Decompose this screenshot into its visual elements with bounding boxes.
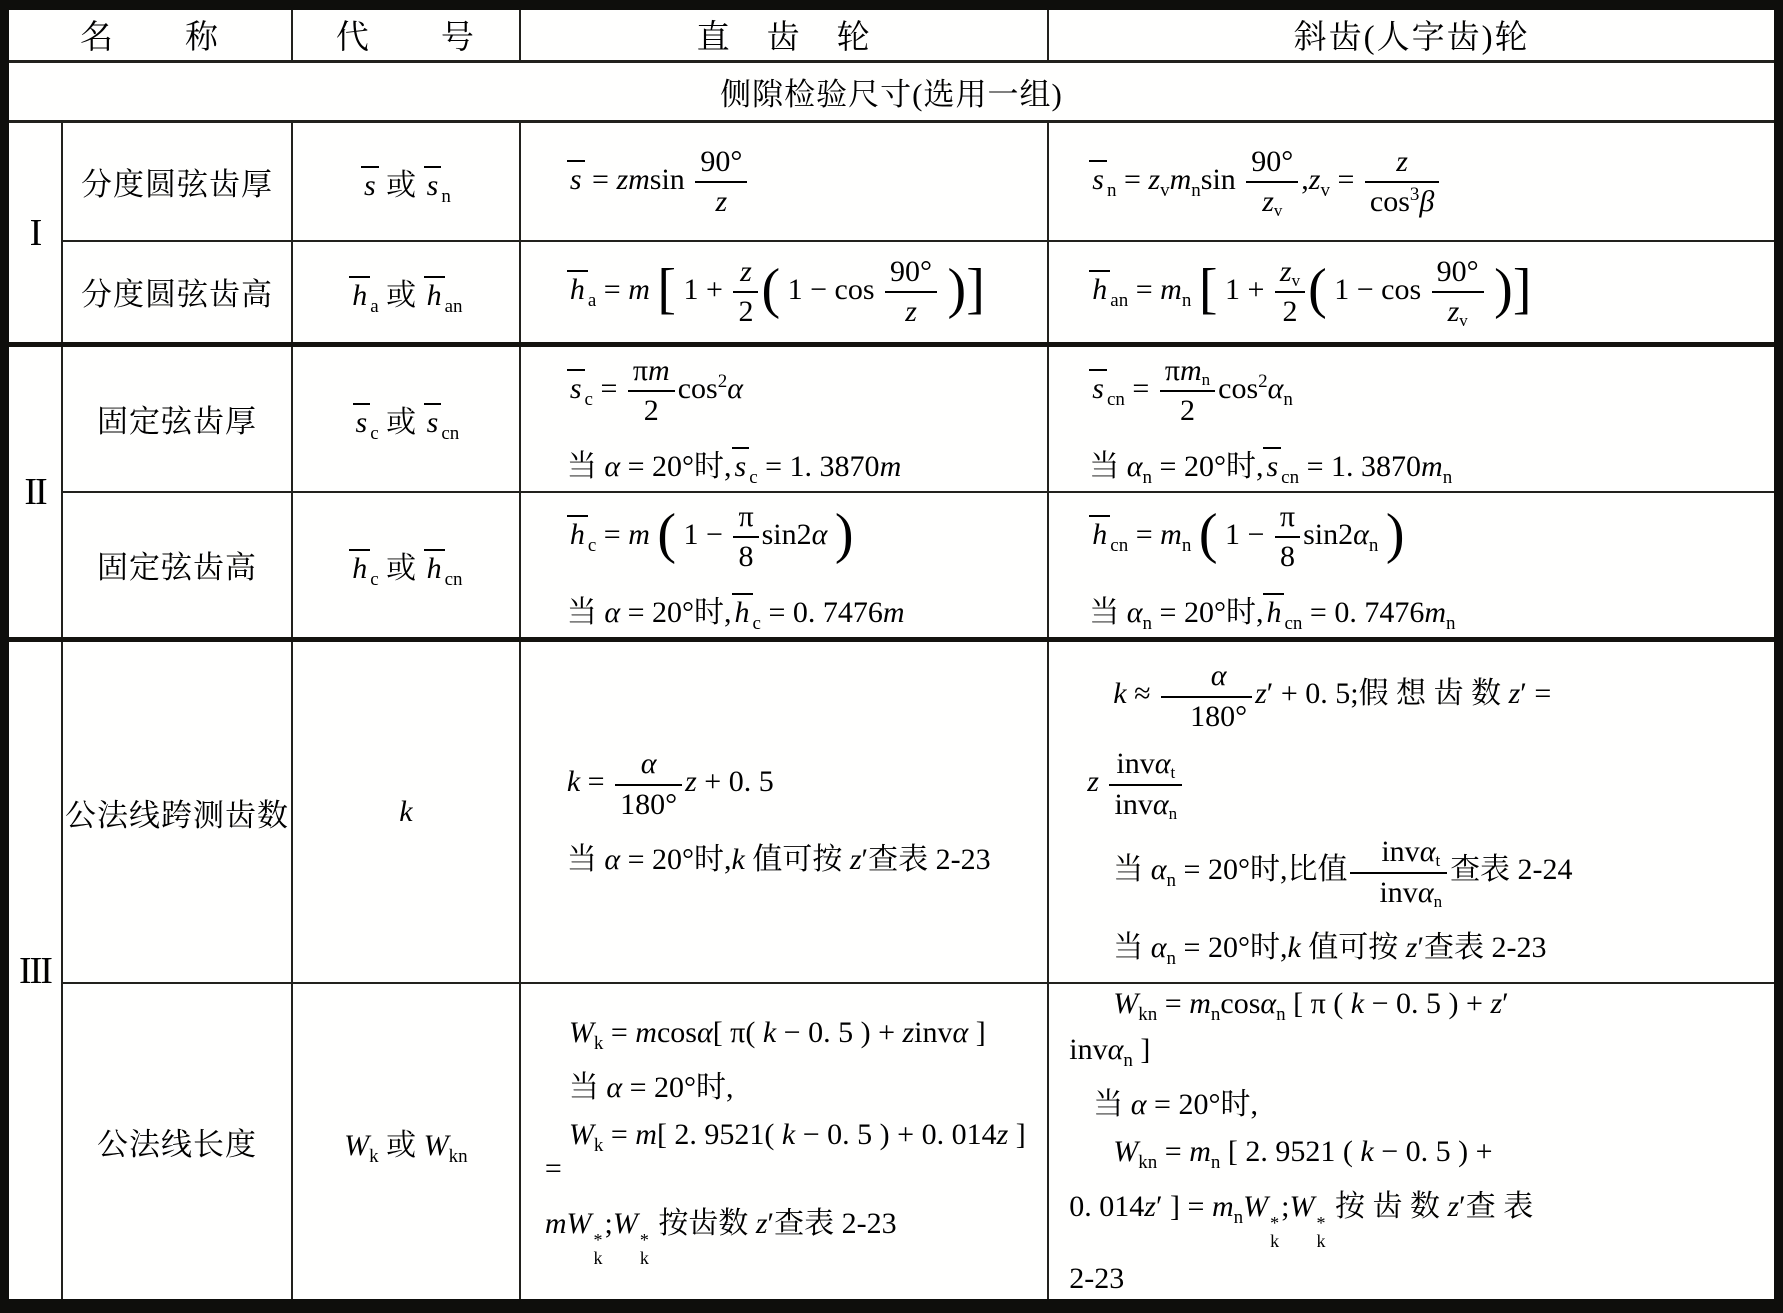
section-header-row: 侧隙检验尺寸(选用一组)	[5, 61, 1779, 122]
group-label-2: II	[5, 344, 62, 639]
row3-name: 固定弦齿厚	[62, 344, 292, 492]
row1-helical-formula: sn = zvmnsin 90°zv,zv = zcos3β	[1048, 122, 1778, 241]
row3-helical-formula: scn = πmn2cos2αn当 αn = 20°时,scn = 1. 387…	[1048, 344, 1778, 492]
scanned-page: 名 称 代 号 直 齿 轮 斜齿(人字齿)轮 侧隙检验尺寸(选用一组) I 分度…	[0, 0, 1783, 1313]
row4-name: 固定弦齿高	[62, 492, 292, 640]
row2-helical-formula: han = mn [ 1 + zv2( 1 − cos 90°zv )]	[1048, 241, 1778, 344]
gear-formula-table: 名 称 代 号 直 齿 轮 斜齿(人字齿)轮 侧隙检验尺寸(选用一组) I 分度…	[0, 0, 1783, 1313]
table-row-1: I 分度圆弦齿厚 s 或 sn s = zmsin 90°z sn = zvmn…	[5, 122, 1779, 241]
row2-spur-formula: ha = m [ 1 + z2( 1 − cos 90°z )]	[520, 241, 1048, 344]
table-row-6: 公法线长度 Wk 或 Wkn Wk = mcosα[ π( k − 0. 5 )…	[5, 983, 1779, 1306]
row4-helical-formula: hcn = mn ( 1 − π8sin2αn )当 αn = 20°时,hcn…	[1048, 492, 1778, 640]
row4-symbol: hc 或 hcn	[292, 492, 520, 640]
column-header-spur: 直 齿 轮	[520, 5, 1048, 61]
row1-symbol: s 或 sn	[292, 122, 520, 241]
row1-spur-formula: s = zmsin 90°z	[520, 122, 1048, 241]
row6-symbol: Wk 或 Wkn	[292, 983, 520, 1306]
row5-symbol: k	[292, 640, 520, 984]
table-row-5: III 公法线跨测齿数 k k = α180°z + 0. 5当 α = 20°…	[5, 640, 1779, 984]
table-row-3: II 固定弦齿厚 sc 或 scn sc = πm2cos2α当 α = 20°…	[5, 344, 1779, 492]
row2-name: 分度圆弦齿高	[62, 241, 292, 344]
row6-helical-formula: Wkn = mncosαn [ π ( k − 0. 5 ) + z′invαn…	[1048, 983, 1778, 1306]
group-label-1: I	[5, 122, 62, 344]
row6-name: 公法线长度	[62, 983, 292, 1306]
row4-spur-formula: hc = m ( 1 − π8sin2α )当 α = 20°时,hc = 0.…	[520, 492, 1048, 640]
table-row-2: 分度圆弦齿高 ha 或 han ha = m [ 1 + z2( 1 − cos…	[5, 241, 1779, 344]
row6-spur-formula: Wk = mcosα[ π( k − 0. 5 ) + zinvα ]当 α =…	[520, 983, 1048, 1306]
section-header: 侧隙检验尺寸(选用一组)	[5, 61, 1779, 122]
header-row: 名 称 代 号 直 齿 轮 斜齿(人字齿)轮	[5, 5, 1779, 61]
row3-spur-formula: sc = πm2cos2α当 α = 20°时,sc = 1. 3870m	[520, 344, 1048, 492]
row1-name: 分度圆弦齿厚	[62, 122, 292, 241]
row2-symbol: ha 或 han	[292, 241, 520, 344]
row5-helical-formula: k ≈ α180°z′ + 0. 5;假 想 齿 数 z′ =z invαtin…	[1048, 640, 1778, 984]
row5-name: 公法线跨测齿数	[62, 640, 292, 984]
column-header-name: 名 称	[5, 5, 292, 61]
column-header-helical: 斜齿(人字齿)轮	[1048, 5, 1778, 61]
row5-spur-formula: k = α180°z + 0. 5当 α = 20°时,k 值可按 z′查表 2…	[520, 640, 1048, 984]
table-row-4: 固定弦齿高 hc 或 hcn hc = m ( 1 − π8sin2α )当 α…	[5, 492, 1779, 640]
column-header-symbol: 代 号	[292, 5, 520, 61]
row3-symbol: sc 或 scn	[292, 344, 520, 492]
group-label-3: III	[5, 640, 62, 1306]
